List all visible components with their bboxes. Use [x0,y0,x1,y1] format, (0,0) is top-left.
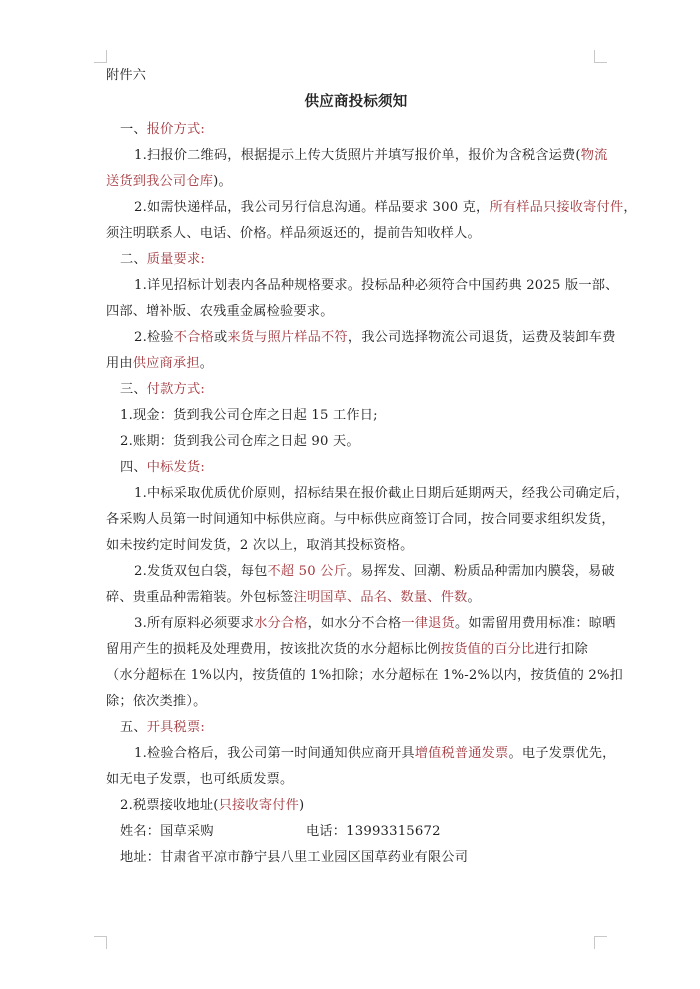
paragraph-line: 2.账期：货到我公司仓库之日起 90 天。 [120,432,360,452]
section-heading-invoice: 五、开具税票: [120,718,205,738]
page-corner-mark-bottom-left [94,936,107,949]
section-heading-payment: 三、付款方式: [120,380,205,400]
paragraph-line: 1.现金：货到我公司仓库之日起 15 工作日; [120,406,378,426]
paragraph-line: 碎、贵重品种需箱装。外包标签注明国草、品名、数量、件数。 [106,588,481,608]
contact-phone: 电话：13993315672 [306,822,441,842]
attachment-label: 附件六 [106,66,146,86]
paragraph-line: 各采购人员第一时间通知中标供应商。与中标供应商签订合同，按合同要求组织发货， [106,510,615,530]
paragraph-line: 如无电子发票，也可纸质发票。 [106,770,293,790]
contact-name: 姓名：国草采购 [120,822,214,842]
paragraph-line: 2.税票接收地址(只接收寄付件) [120,796,304,816]
document-title: 供应商投标须知 [106,92,606,112]
section-heading-delivery: 四、中标发货: [120,458,205,478]
paragraph-line: 如未按约定时间发货，2 次以上，取消其投标资格。 [106,536,414,556]
page-corner-mark-top-right [594,50,607,63]
paragraph-line: 2.如需快递样品，我公司另行信息沟通。样品要求 300 克，所有样品只接收寄付件… [134,198,637,218]
paragraph-line: 1.中标采取优质优价原则，招标结果在报价截止日期后延期两天，经我公司确定后， [134,484,629,504]
paragraph-line: 1.详见招标计划表内各品种规格要求。投标品种必须符合中国药典 2025 版一部、 [134,276,619,296]
page-corner-mark-top-left [94,50,107,63]
paragraph-line: 除；依次类推）。 [106,692,207,712]
page-corner-mark-bottom-right [594,936,607,949]
paragraph-line: 留用产生的损耗及处理费用，按该批次货的水分超标比例按货值的百分比进行扣除 [106,640,588,660]
paragraph-line: 送货到我公司仓库)。 [106,172,232,192]
paragraph-line: （水分超标在 1%以内，按货值的 1%扣除；水分超标在 1%-2%以内，按货值的… [106,666,623,686]
paragraph-line: 四部、增补版、农残重金属检验要求。 [106,302,334,322]
paragraph-line: 2.发货双包白袋，每包不超 50 公斤。易挥发、回潮、粉质品种需加内膜袋，易破 [134,562,615,582]
paragraph-line: 3.所有原料必须要求水分合格，如水分不合格一律退货。如需留用费用标准：晾晒 [134,614,616,634]
contact-address: 地址：甘肃省平凉市静宁县八里工业园区国草药业有限公司 [120,848,468,868]
paragraph-line: 1.检验合格后，我公司第一时间通知供应商开具增值税普通发票。电子发票优先， [134,744,616,764]
paragraph-line: 2.检验不合格或来货与照片样品不符，我公司选择物流公司退货，运费及装卸车费 [134,328,616,348]
paragraph-line: 用由供应商承担。 [106,354,213,374]
section-heading-quotation: 一、报价方式: [120,120,205,140]
section-heading-quality: 二、质量要求: [120,250,205,270]
paragraph-line: 须注明联系人、电话、价格。样品须返还的，提前告知收样人。 [106,224,481,244]
paragraph-line: 1.扫报价二维码，根据提示上传大货照片并填写报价单，报价为含税含运费(物流 [134,146,608,166]
